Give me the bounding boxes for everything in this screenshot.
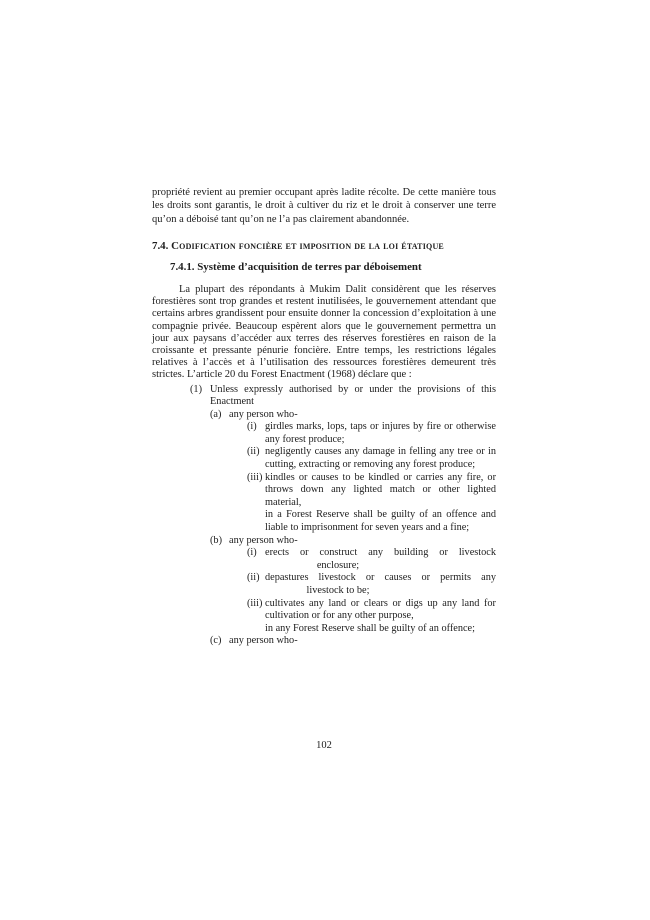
quote-item-text: Unless expressly authorised by or under …: [210, 384, 496, 409]
quote-item-text: depastures livestock or causes or permit…: [265, 572, 496, 585]
quote-item: (ii)negligently causes any damage in fel…: [152, 446, 496, 471]
quote-item-text: kindles or causes to be kindled or carri…: [265, 472, 496, 510]
quote-item-text: any person who-: [229, 535, 496, 548]
quote-item: (ii)depastures livestock or causes or pe…: [152, 572, 496, 597]
quote-item: (b)any person who-: [152, 535, 496, 548]
quote-item-marker: (a): [210, 409, 221, 422]
quote-item-marker: (iii): [247, 472, 262, 485]
quote-item: (iii)cultivates any land or clears or di…: [152, 598, 496, 623]
quote-item-text: girdles marks, lops, taps or injures by …: [265, 421, 496, 446]
quote-item-text: any person who-: [229, 635, 496, 648]
quote-item-text: erects or construct any building or live…: [265, 547, 496, 560]
quote-item-marker: (ii): [247, 446, 260, 459]
section-heading: 7.4. Codification foncière et imposition…: [152, 240, 496, 252]
page-number: 102: [152, 740, 496, 751]
section-number: 7.4.: [152, 240, 168, 252]
quote-item-marker: (i): [247, 421, 257, 434]
quote-item-text: in any Forest Reserve shall be guilty of…: [265, 623, 496, 636]
quote-item-marker: (1): [190, 384, 202, 397]
quote-item-text: in a Forest Reserve shall be guilty of a…: [265, 509, 496, 534]
paragraph-main: La plupart des répondants à Mukim Dalit …: [152, 284, 496, 382]
quote-item-text: cultivates any land or clears or digs up…: [265, 598, 496, 623]
document-page: propriété revient au premier occupant ap…: [0, 0, 650, 920]
quote-item: in any Forest Reserve shall be guilty of…: [152, 623, 496, 636]
quote-item: (1)Unless expressly authorised by or und…: [152, 384, 496, 409]
section-title: Codification foncière et imposition de l…: [171, 240, 444, 252]
quote-item-marker: (iii): [247, 598, 262, 611]
quote-item-text: any person who-: [229, 409, 496, 422]
subsection-title: Système d’acquisition de terres par débo…: [197, 261, 421, 273]
subsection-heading: 7.4.1. Système d’acquisition de terres p…: [170, 261, 496, 273]
block-quote: (1)Unless expressly authorised by or und…: [152, 384, 496, 648]
quote-item: (a)any person who-: [152, 409, 496, 422]
subsection-number: 7.4.1.: [170, 261, 195, 273]
quote-item-centered-text: livestock to be;: [265, 585, 496, 598]
quote-item-marker: (ii): [247, 572, 260, 585]
quote-item: (i)girdles marks, lops, taps or injures …: [152, 421, 496, 446]
quote-item-text: negligently causes any damage in felling…: [265, 446, 496, 471]
quote-item: (i)erects or construct any building or l…: [152, 547, 496, 572]
paragraph-continuation: propriété revient au premier occupant ap…: [152, 186, 496, 226]
quote-item-marker: (c): [210, 635, 221, 648]
text-column: propriété revient au premier occupant ap…: [152, 186, 496, 648]
quote-item-marker: (b): [210, 535, 222, 548]
quote-item-centered-text: enclosure;: [265, 560, 496, 573]
quote-item: (c)any person who-: [152, 635, 496, 648]
quote-item-marker: (i): [247, 547, 257, 560]
quote-item: (iii)kindles or causes to be kindled or …: [152, 472, 496, 510]
quote-item: in a Forest Reserve shall be guilty of a…: [152, 509, 496, 534]
